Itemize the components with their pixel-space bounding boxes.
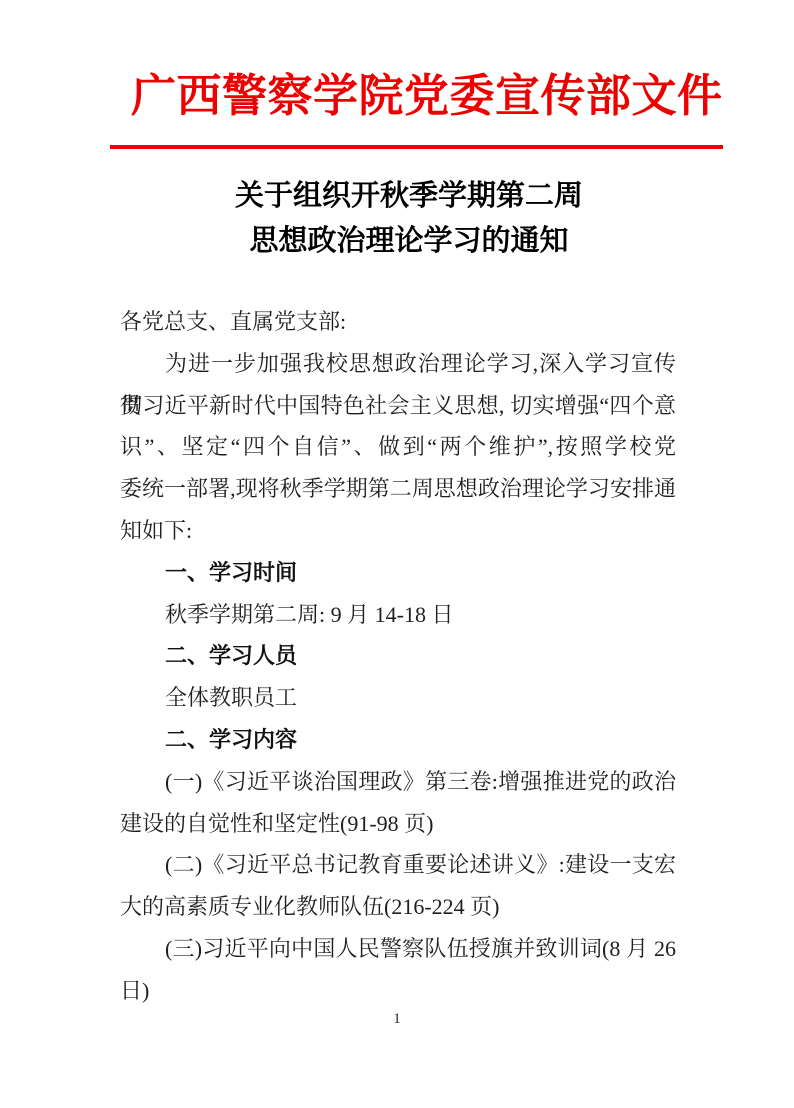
section-heading: 二、学习内容 (120, 719, 676, 761)
document-page: 广西警察学院党委宣传部文件 关于组织开秋季学期第二周 思想政治理论学习的通知 各… (0, 0, 794, 1108)
body-line: 识”、坚定“四个自信”、做到“两个维护”,按照学校党 (120, 426, 676, 468)
document-title-line2: 思想政治理论学习的通知 (12, 219, 794, 264)
letterhead-org-title: 广西警察学院党委宣传部文件 (131, 70, 731, 126)
body-line: 大的高素质专业化教师队伍(216-224 页) (120, 886, 676, 928)
section-heading: 二、学习人员 (120, 635, 676, 677)
body-line: 秋季学期第二周: 9 月 14-18 日 (120, 594, 676, 636)
body-line: 建设的自觉性和坚定性(91-98 页) (120, 803, 676, 845)
letterhead-divider (110, 145, 723, 149)
body-line: (三)习近平向中国人民警察队伍授旗并致训词(8 月 26 (120, 928, 676, 970)
body-line: 委统一部署,现将秋季学期第二周思想政治理论学习安排通 (120, 468, 676, 510)
body-line: (一)《习近平谈治国理政》第三卷:增强推进党的政治 (120, 761, 676, 803)
body-line: (二)《习近平总书记教育重要论述讲义》:建设一支宏 (120, 844, 676, 886)
section-heading: 一、学习时间 (120, 552, 676, 594)
body-line: 全体教职员工 (120, 677, 676, 719)
body-line: 彻习近平新时代中国特色社会主义思想, 切实增强“四个意 (120, 385, 676, 427)
page-number: 1 (0, 1009, 794, 1029)
body-line: 各党总支、直属党支部: (120, 301, 676, 343)
document-title: 关于组织开秋季学期第二周 思想政治理论学习的通知 (12, 174, 794, 264)
body-line: 知如下: (120, 510, 676, 552)
body-line: 为进一步加强我校思想政治理论学习,深入学习宣传贯 (120, 343, 676, 385)
document-title-line1: 关于组织开秋季学期第二周 (12, 174, 794, 219)
body-line: 日) (120, 970, 676, 1012)
body-lines: 各党总支、直属党支部:为进一步加强我校思想政治理论学习,深入学习宣传贯彻习近平新… (120, 301, 676, 1012)
